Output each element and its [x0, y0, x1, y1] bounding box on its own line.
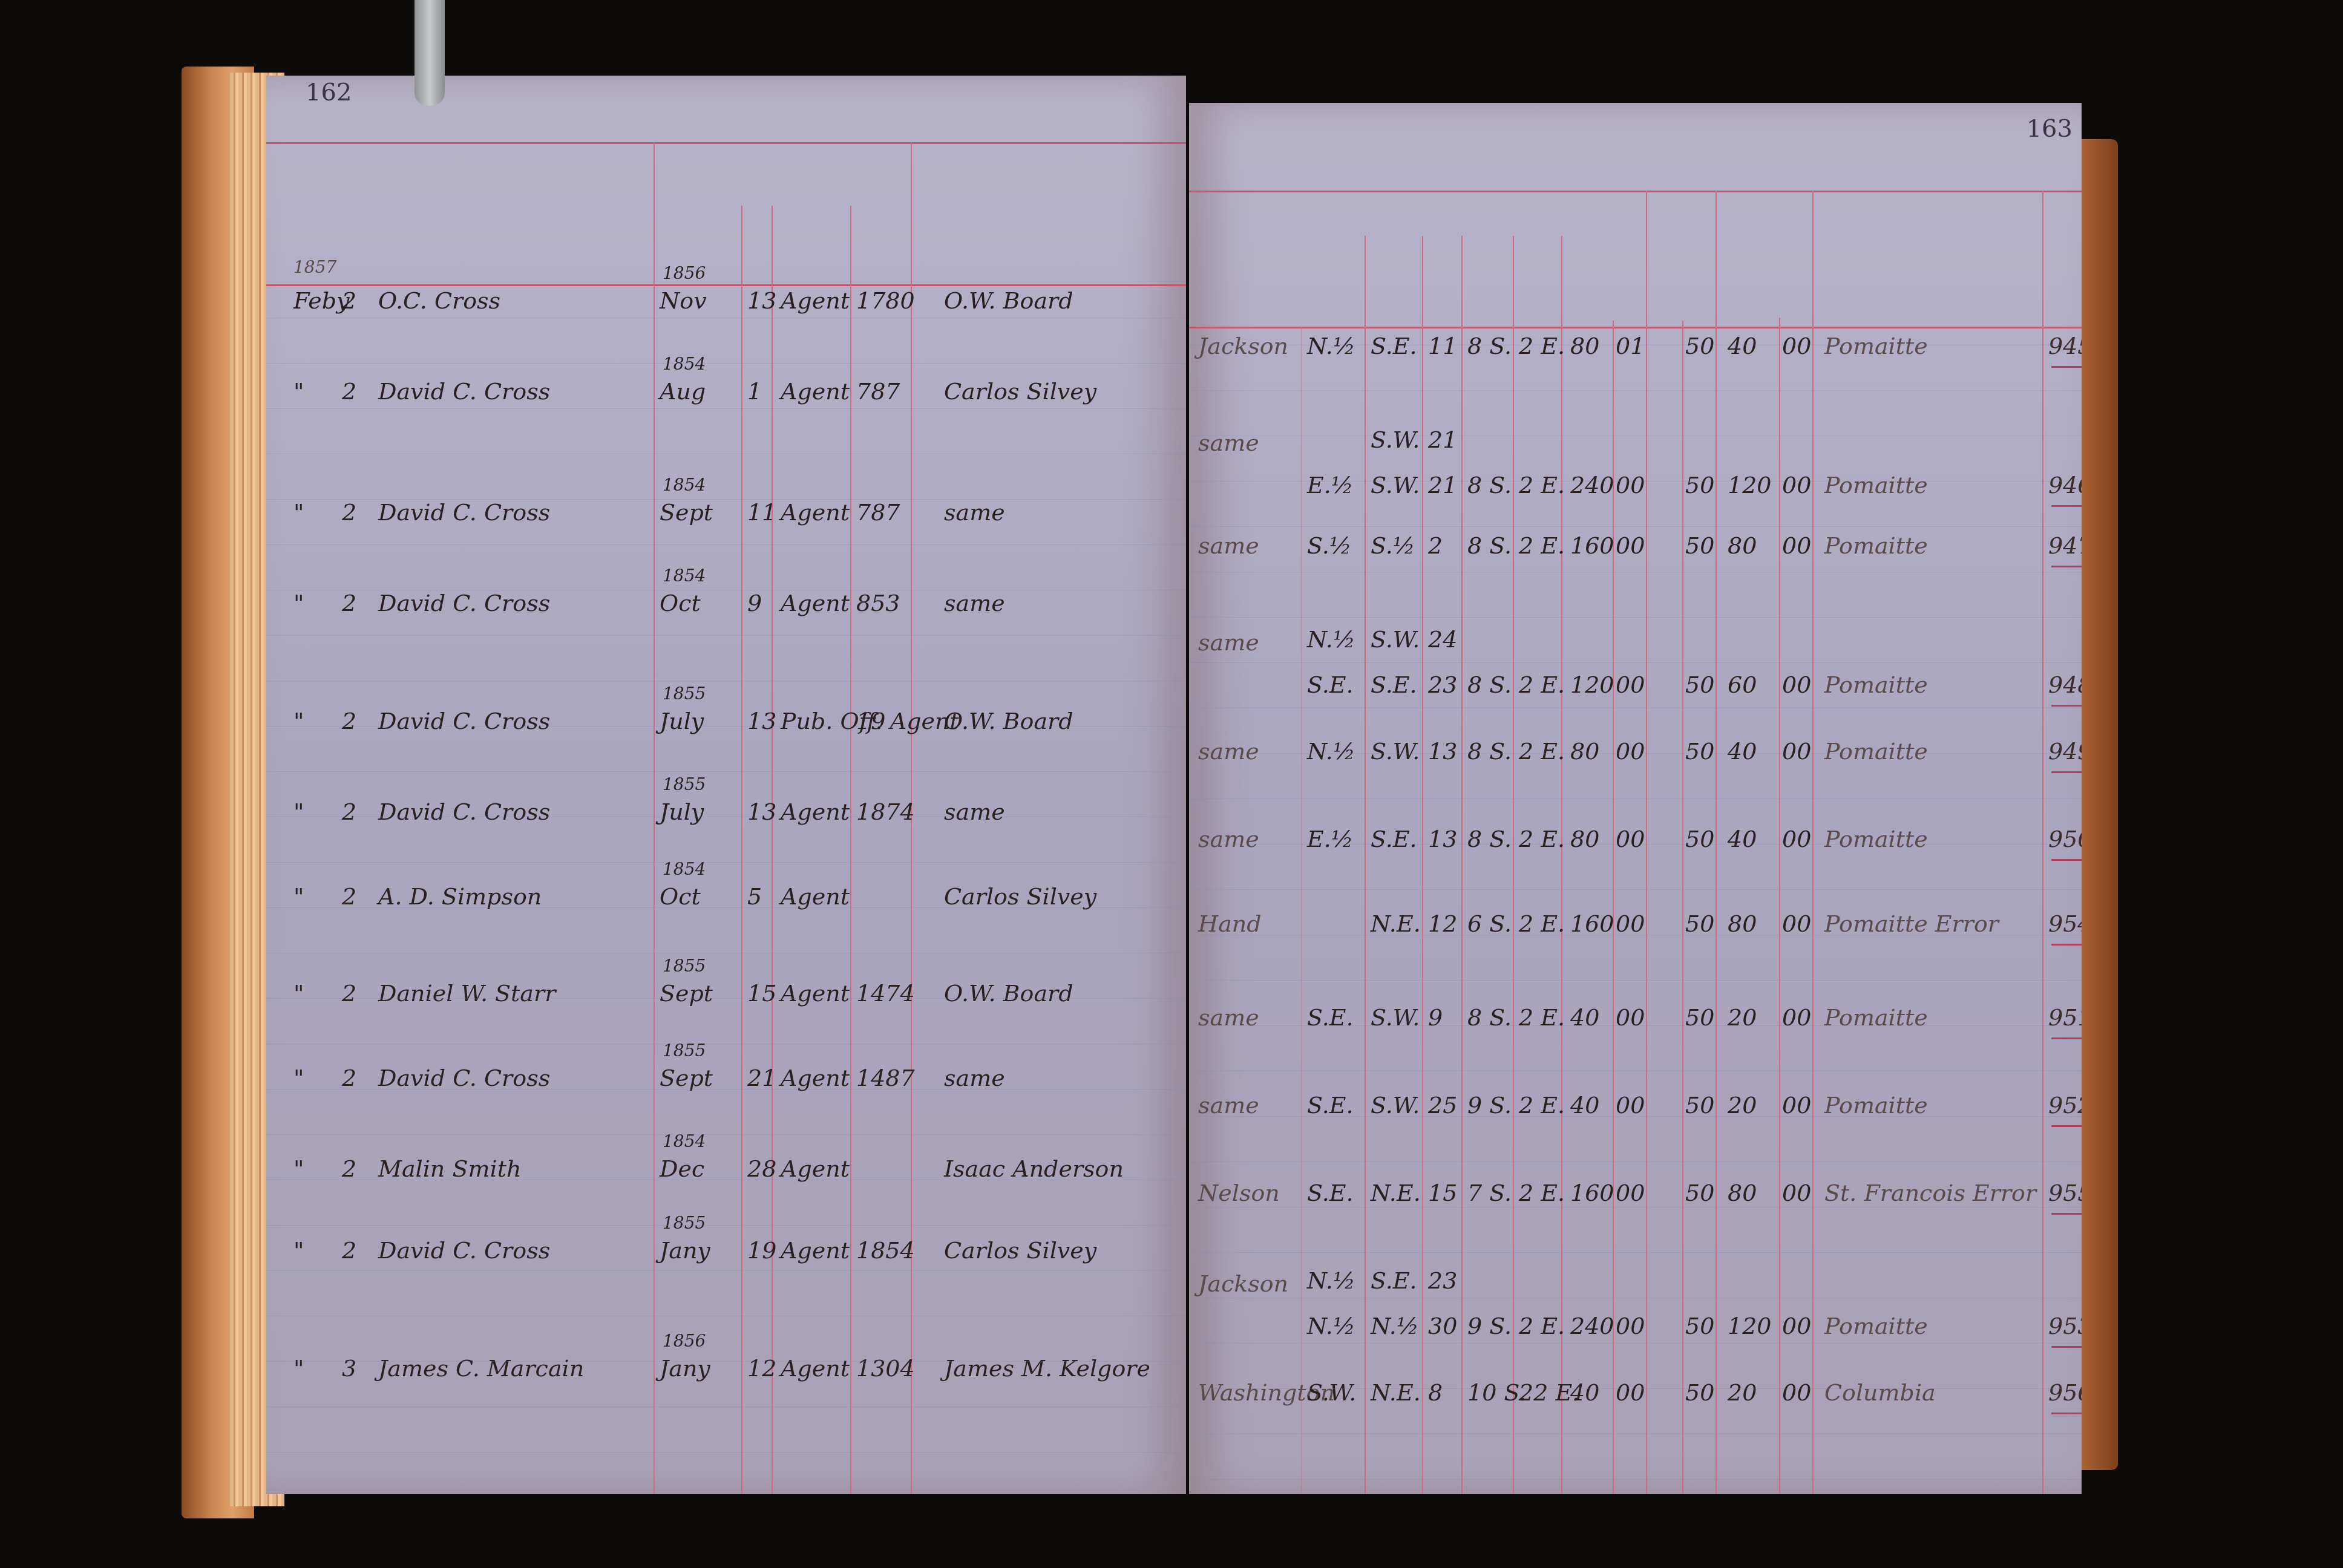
cell-rg: 2 E. [1519, 333, 1565, 359]
faint-ruling-line [266, 318, 1186, 318]
cell-amount-c: 00 [1782, 910, 1811, 937]
cell-amount-c: 00 [1782, 333, 1811, 359]
cell-county: same [1198, 629, 1259, 656]
cell-agent: O.W. Board [944, 980, 1073, 1007]
cell-office: Pomaitte [1824, 333, 1928, 359]
cell-q: N.½ [1371, 1313, 1419, 1339]
cell-year: 1855 [663, 1213, 706, 1233]
cell-date-day: 21 [747, 1065, 776, 1091]
ledger-page-right: 163 JacksonN.½S.E.118 S.2 E.8001504000Po… [1189, 103, 2082, 1494]
reference-underline-mark [2051, 505, 2082, 507]
cell-date-month: Sept [660, 1065, 713, 1091]
cell-month: Feby [293, 287, 350, 314]
cell-acres-c: 00 [1616, 1004, 1645, 1031]
cell-office: Pomaitte Error [1824, 910, 1999, 937]
cell-day: 2 [342, 1065, 356, 1091]
faint-ruling-line [266, 771, 1186, 772]
cell-day: 3 [342, 1355, 356, 1382]
cell-name: O.C. Cross [378, 287, 500, 314]
cell-acres: 80 [1570, 738, 1599, 765]
cell-rg: 2 E. [1519, 1180, 1565, 1206]
cell-reference-number: 951 [2048, 1004, 2082, 1031]
cell-number: 853 [856, 590, 900, 616]
cell-sec: 2 [1428, 532, 1443, 559]
cell-month: " [293, 708, 304, 734]
cell-acres-c: 00 [1616, 1379, 1645, 1406]
cell-office: St. Francois Error [1824, 1180, 2036, 1206]
cell-part: N.½ [1307, 333, 1355, 359]
cell-sec: 12 [1428, 910, 1457, 937]
cell-number: 1780 [856, 287, 915, 314]
cell-q: N.E. [1371, 910, 1421, 937]
cell-reference-number: 947 [2048, 532, 2082, 559]
cell-number: 787 [856, 378, 900, 405]
cell-date-month: July [660, 708, 704, 734]
cell-type: Agent [781, 499, 850, 526]
cell-rg: 2 E. [1519, 738, 1565, 765]
cell-year: 1854 [663, 354, 706, 374]
cell-acres-c: 00 [1616, 1092, 1645, 1119]
cell-sec: 25 [1428, 1092, 1457, 1119]
cell-month: " [293, 1155, 304, 1182]
cell-number: 1874 [856, 799, 915, 825]
cell-name: Daniel W. Starr [378, 980, 555, 1007]
cell-rate: 50 [1685, 333, 1714, 359]
cell-q: N.E. [1371, 1180, 1421, 1206]
cell-type: Agent [781, 799, 850, 825]
cell-q: N.E. [1371, 1379, 1421, 1406]
cell-reference-number: 954 [2048, 910, 2082, 937]
cell-date-day: 15 [747, 980, 776, 1007]
cell-agent: Isaac Anderson [944, 1155, 1124, 1182]
cell-sec: 15 [1428, 1180, 1457, 1206]
cell-name: David C. Cross [378, 378, 550, 405]
cell-type: Agent [781, 1155, 850, 1182]
cell-acres: 120 [1570, 671, 1614, 698]
faint-ruling-line [266, 544, 1186, 545]
cell-amount: 40 [1728, 333, 1757, 359]
cell-amount: 120 [1728, 472, 1772, 498]
faint-ruling-line [1189, 753, 2082, 754]
cell-day: 2 [342, 980, 356, 1007]
faint-ruling-line [1189, 799, 2082, 799]
faint-ruling-line [266, 363, 1186, 364]
ledger-page-left: 162 1857 Feby2O.C. Cross1856Nov13Agent17… [266, 76, 1186, 1494]
column-divider [2042, 191, 2043, 1494]
cell-type: Agent [781, 378, 850, 405]
faint-ruling-line [266, 817, 1186, 817]
cell-month: " [293, 980, 304, 1007]
cell-amount-c: 00 [1782, 532, 1811, 559]
cell-date-day: 5 [747, 883, 762, 910]
cell-acres: 80 [1570, 826, 1599, 852]
header-rule-bottom [266, 284, 1186, 286]
cell-amount-c: 00 [1782, 1180, 1811, 1206]
faint-ruling-line [1189, 345, 2082, 345]
cell-amount: 60 [1728, 671, 1757, 698]
cell-date-month: Oct [660, 590, 701, 616]
cell-office: Columbia [1824, 1379, 1936, 1406]
cell-reference-number: 955 [2048, 1180, 2082, 1206]
cell-sec: 21 [1428, 472, 1457, 498]
faint-ruling-line [266, 907, 1186, 908]
header-year: 1857 [293, 257, 336, 277]
column-divider [1365, 236, 1366, 1494]
cell-county: same [1198, 532, 1259, 559]
cell-amount-c: 00 [1782, 671, 1811, 698]
cell-amount: 80 [1728, 532, 1757, 559]
cell-county: same [1198, 1004, 1259, 1031]
cell-acres: 160 [1570, 1180, 1614, 1206]
cell-tp: 6 S. [1467, 910, 1512, 937]
cell-q: S.W. [1371, 472, 1420, 498]
cell-day: 2 [342, 799, 356, 825]
cell-office: Pomaitte [1824, 1092, 1928, 1119]
cell-name: David C. Cross [378, 708, 550, 734]
faint-ruling-line [1189, 1207, 2082, 1207]
reference-underline-mark [2051, 1346, 2082, 1348]
page-number-left: 162 [306, 79, 352, 106]
cell-sec: 23 [1428, 671, 1457, 698]
cell-day: 2 [342, 708, 356, 734]
cell-date-day: 1 [747, 378, 762, 405]
cell-amount: 20 [1728, 1092, 1757, 1119]
cell-date-month: Nov [660, 287, 707, 314]
cell-agent: Carlos Silvey [944, 378, 1096, 405]
cell-office: Pomaitte [1824, 738, 1928, 765]
cell-name: A. D. Simpson [378, 883, 542, 910]
cell-agent: O.W. Board [944, 287, 1073, 314]
cell-sec: 24 [1428, 626, 1457, 653]
cell-office: Pomaitte [1824, 826, 1928, 852]
faint-ruling-line [1189, 1343, 2082, 1344]
cell-part: N.½ [1307, 626, 1355, 653]
reference-underline-mark [2051, 1125, 2082, 1127]
cell-county: same [1198, 826, 1259, 852]
faint-ruling-line [266, 1225, 1186, 1226]
faint-ruling-line [266, 1134, 1186, 1135]
cell-date-month: Dec [660, 1155, 704, 1182]
cell-q: S.E. [1371, 333, 1417, 359]
cell-year: 1855 [663, 684, 706, 704]
cell-amount-c: 00 [1782, 826, 1811, 852]
cell-rg: 2 E. [1519, 1004, 1565, 1031]
cell-tp: 9 S. [1467, 1092, 1512, 1119]
cell-day: 2 [342, 378, 356, 405]
cell-q: S.W. [1371, 738, 1420, 765]
cell-amount: 40 [1728, 738, 1757, 765]
cell-agent: same [944, 590, 1005, 616]
column-divider [1715, 191, 1717, 1494]
cell-tp: 10 S. [1467, 1379, 1526, 1406]
faint-ruling-line [266, 1270, 1186, 1271]
cell-date-day: 11 [747, 499, 776, 526]
cell-rate: 50 [1685, 1379, 1714, 1406]
cell-reference-number: 953 [2048, 1313, 2082, 1339]
cell-q: S.W. [1371, 1004, 1420, 1031]
faint-ruling-line [266, 862, 1186, 863]
cell-amount: 20 [1728, 1379, 1757, 1406]
faint-ruling-line [266, 1452, 1186, 1452]
cell-date-day: 13 [747, 287, 776, 314]
cell-sec: 8 [1428, 1379, 1443, 1406]
faint-ruling-line [266, 1180, 1186, 1180]
cell-acres: 240 [1570, 1313, 1614, 1339]
cell-day: 2 [342, 1237, 356, 1264]
cell-amount-c: 00 [1782, 1092, 1811, 1119]
cell-type: Agent [781, 883, 850, 910]
faint-ruling-line [1189, 980, 2082, 981]
cell-q: S.E. [1371, 671, 1417, 698]
faint-ruling-line [1189, 662, 2082, 663]
cell-day: 2 [342, 1155, 356, 1182]
cell-part: S.E. [1307, 1180, 1354, 1206]
cell-name: David C. Cross [378, 1237, 550, 1264]
cell-acres: 40 [1570, 1379, 1599, 1406]
cell-office: Pomaitte [1824, 532, 1928, 559]
column-divider [1812, 191, 1814, 1494]
cell-q: S.E. [1371, 826, 1417, 852]
cell-tp: 8 S. [1467, 532, 1512, 559]
cell-type: Agent [781, 287, 850, 314]
cell-sec: 13 [1428, 738, 1457, 765]
cell-number: 787 [856, 499, 900, 526]
cell-name: David C. Cross [378, 590, 550, 616]
cell-tp: 8 S. [1467, 671, 1512, 698]
column-divider [1682, 321, 1683, 1494]
reference-underline-mark [2051, 771, 2082, 773]
cell-number: 1487 [856, 1065, 915, 1091]
cell-month: " [293, 883, 304, 910]
cell-agent: Carlos Silvey [944, 883, 1096, 910]
cell-tp: 8 S. [1467, 738, 1512, 765]
cell-part: E.½ [1307, 472, 1354, 498]
cell-office: Pomaitte [1824, 1004, 1928, 1031]
column-divider [1513, 236, 1514, 1494]
faint-ruling-line [1189, 572, 2082, 572]
cell-rate: 50 [1685, 1313, 1714, 1339]
faint-ruling-line [266, 590, 1186, 590]
faint-ruling-line [1189, 889, 2082, 890]
cell-date-day: 19 [747, 1237, 776, 1264]
cell-acres-c: 00 [1616, 671, 1645, 698]
cell-acres-c: 00 [1616, 738, 1645, 765]
cell-sec: 11 [1428, 333, 1457, 359]
faint-ruling-line [266, 681, 1186, 681]
cell-reference-number: 956 [2048, 1379, 2082, 1406]
cell-month: " [293, 1065, 304, 1091]
cell-part: S.E. [1307, 1092, 1354, 1119]
cell-county: same [1198, 1092, 1259, 1119]
faint-ruling-line [1189, 1071, 2082, 1071]
cell-type: Agent [781, 1065, 850, 1091]
cell-day: 2 [342, 883, 356, 910]
faint-ruling-line [1189, 1388, 2082, 1389]
cell-agent: O.W. Board [944, 708, 1073, 734]
cell-rate: 50 [1685, 671, 1714, 698]
cell-sec: 30 [1428, 1313, 1457, 1339]
cell-part: S.½ [1307, 532, 1352, 559]
cell-date-month: Jany [660, 1355, 710, 1382]
cell-date-month: Sept [660, 499, 713, 526]
cell-q: S.W. [1371, 426, 1420, 453]
faint-ruling-line [1189, 1161, 2082, 1162]
cell-rate: 50 [1685, 472, 1714, 498]
cell-county: Nelson [1198, 1180, 1280, 1206]
cell-acres-c: 01 [1616, 333, 1645, 359]
cell-month: " [293, 1237, 304, 1264]
column-divider [654, 142, 655, 1494]
cell-reference-number: 948 [2048, 671, 2082, 698]
cell-day: 2 [342, 287, 356, 314]
cell-q: S.½ [1371, 532, 1415, 559]
cell-rate: 50 [1685, 910, 1714, 937]
faint-ruling-line [266, 1406, 1186, 1407]
cell-tp: 8 S. [1467, 826, 1512, 852]
cell-part: S.E. [1307, 1004, 1354, 1031]
cell-rate: 50 [1685, 826, 1714, 852]
faint-ruling-line [266, 454, 1186, 454]
cell-rate: 50 [1685, 738, 1714, 765]
cell-rg: 2 E. [1519, 1092, 1565, 1119]
cell-amount: 120 [1728, 1313, 1772, 1339]
cell-amount-c: 00 [1782, 738, 1811, 765]
cell-amount-c: 00 [1782, 472, 1811, 498]
faint-ruling-line [266, 1044, 1186, 1044]
cell-month: " [293, 590, 304, 616]
cell-part: N.½ [1307, 1313, 1355, 1339]
header-rule-top [266, 142, 1186, 144]
faint-ruling-line [1189, 436, 2082, 436]
faint-ruling-line [1189, 1252, 2082, 1253]
cell-agent: same [944, 1065, 1005, 1091]
cell-month: " [293, 499, 304, 526]
cell-q: S.W. [1371, 1092, 1420, 1119]
faint-ruling-line [1189, 1434, 2082, 1434]
cell-county: Jackson [1198, 333, 1288, 359]
faint-ruling-line [1189, 390, 2082, 391]
faint-ruling-line [266, 408, 1186, 409]
cell-acres: 160 [1570, 532, 1614, 559]
faint-ruling-line [266, 953, 1186, 953]
cell-sec: 9 [1428, 1004, 1443, 1031]
cell-date-day: 28 [747, 1155, 776, 1182]
cell-year: 1856 [663, 1331, 706, 1351]
reference-underline-mark [2051, 944, 2082, 946]
cell-tp: 9 S. [1467, 1313, 1512, 1339]
cell-name: James C. Marcain [378, 1355, 584, 1382]
cell-number: 19 [856, 708, 885, 734]
cell-rate: 50 [1685, 1180, 1714, 1206]
faint-ruling-line [1189, 708, 2082, 708]
faint-ruling-line [266, 726, 1186, 727]
cell-type: Agent [781, 1237, 850, 1264]
cell-rg: 2 E. [1519, 472, 1565, 498]
column-divider [1646, 191, 1647, 1494]
cell-date-day: 12 [747, 1355, 776, 1382]
cell-date-day: 9 [747, 590, 762, 616]
cell-reference-number: 946 [2048, 472, 2082, 498]
cell-rg: 2 E. [1519, 1313, 1565, 1339]
reference-underline-mark [2051, 1037, 2082, 1039]
cell-date-month: Oct [660, 883, 701, 910]
cell-amount: 80 [1728, 910, 1757, 937]
cell-year: 1855 [663, 956, 706, 976]
cell-month: " [293, 799, 304, 825]
cell-name: David C. Cross [378, 1065, 550, 1091]
cell-amount: 20 [1728, 1004, 1757, 1031]
cell-date-month: Aug [660, 378, 706, 405]
cell-office: Pomaitte [1824, 1313, 1928, 1339]
cell-county: Jackson [1198, 1270, 1288, 1297]
cell-tp: 8 S. [1467, 333, 1512, 359]
cell-agent: Carlos Silvey [944, 1237, 1096, 1264]
cell-number: 1854 [856, 1237, 915, 1264]
faint-ruling-line [266, 998, 1186, 999]
faint-ruling-line [1189, 1479, 2082, 1480]
cell-part: S.E. [1307, 671, 1354, 698]
cell-amount-c: 00 [1782, 1004, 1811, 1031]
column-divider [772, 206, 773, 1494]
cell-day: 2 [342, 499, 356, 526]
cell-month: " [293, 1355, 304, 1382]
cell-rate: 50 [1685, 1092, 1714, 1119]
column-divider [1422, 236, 1423, 1494]
cell-rate: 50 [1685, 532, 1714, 559]
cell-part: E.½ [1307, 826, 1354, 852]
cell-year: 1854 [663, 475, 706, 495]
cell-date-day: 13 [747, 799, 776, 825]
faint-ruling-line [1189, 1298, 2082, 1298]
cell-reference-number: 952 [2048, 1092, 2082, 1119]
cell-acres: 80 [1570, 333, 1599, 359]
faint-ruling-line [1189, 526, 2082, 527]
cell-rate: 50 [1685, 1004, 1714, 1031]
cell-year: 1854 [663, 566, 706, 586]
cell-name: David C. Cross [378, 799, 550, 825]
cell-agent: same [944, 499, 1005, 526]
cell-reference-number: 950 [2048, 826, 2082, 852]
cell-date-month: Jany [660, 1237, 710, 1264]
cell-part: N.½ [1307, 1267, 1355, 1294]
cell-agent: James M. Kelgore [944, 1355, 1150, 1382]
page-number-right: 163 [2027, 115, 2073, 143]
cell-q: S.E. [1371, 1267, 1417, 1294]
cell-acres-c: 00 [1616, 1180, 1645, 1206]
faint-ruling-line [1189, 617, 2082, 618]
cell-tp: 8 S. [1467, 472, 1512, 498]
faint-ruling-line [266, 1316, 1186, 1316]
faint-ruling-line [266, 499, 1186, 500]
faint-ruling-line [266, 1361, 1186, 1362]
header-rule-bottom [1189, 327, 2082, 328]
cell-amount: 80 [1728, 1180, 1757, 1206]
cell-name: David C. Cross [378, 499, 550, 526]
cell-acres-c: 00 [1616, 826, 1645, 852]
cell-acres-c: 00 [1616, 1313, 1645, 1339]
column-divider [1301, 327, 1302, 1494]
cell-date-month: Sept [660, 980, 713, 1007]
cell-acres-c: 00 [1616, 472, 1645, 498]
column-divider [1561, 236, 1562, 1494]
cell-agent: same [944, 799, 1005, 825]
reference-underline-mark [2051, 705, 2082, 707]
cell-amount-c: 00 [1782, 1379, 1811, 1406]
faint-ruling-line [1189, 844, 2082, 844]
bookmark-clip [415, 0, 445, 106]
cell-tp: 8 S. [1467, 1004, 1512, 1031]
cell-date-month: July [660, 799, 704, 825]
